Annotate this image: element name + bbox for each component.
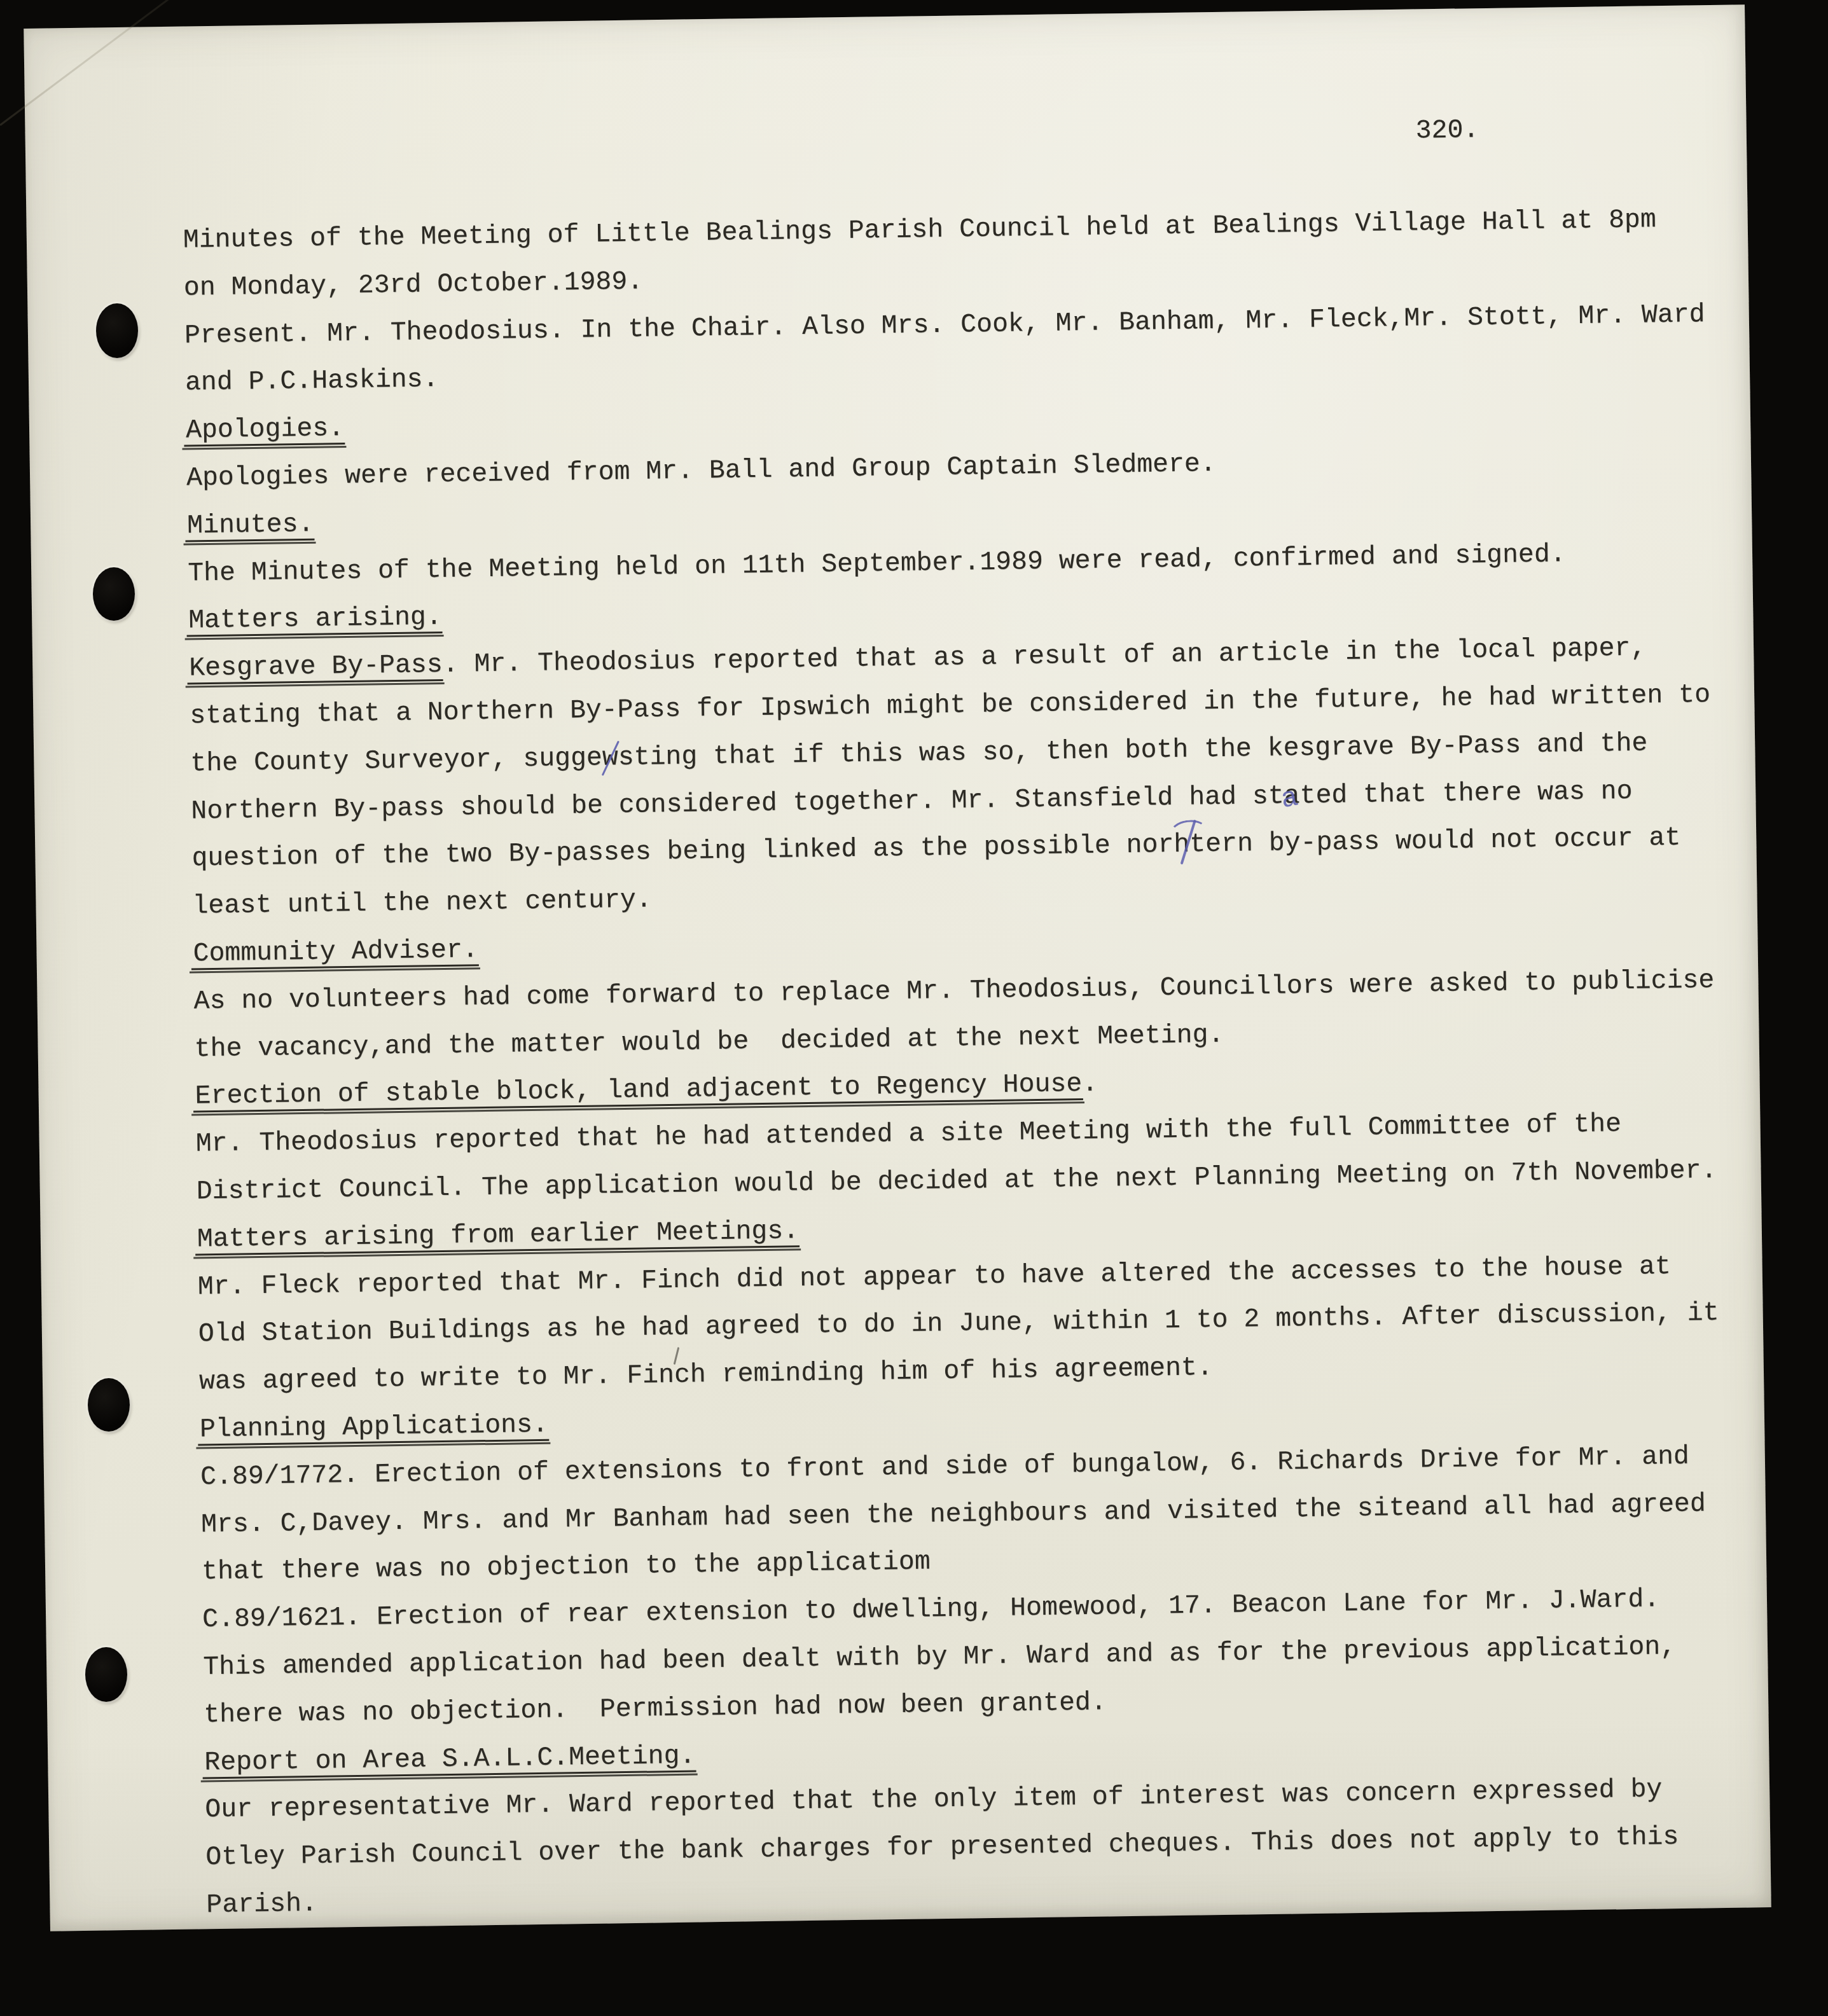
underlined-heading-text: Minutes. [187, 509, 314, 541]
paper-sheet: 320. Minutes of the Meeting of Little Be… [24, 4, 1771, 1931]
underlined-heading-text: Matters arising from earlier Meetings. [197, 1216, 800, 1254]
hole-punch-icon [93, 567, 135, 621]
page-number: 320. [1415, 115, 1479, 146]
scanned-page-background: { "page": { "page_number": "320.", "ink_… [0, 0, 1828, 2016]
pen-correction-slash: w [602, 743, 619, 773]
hole-punch-icon [85, 1647, 127, 1702]
underlined-heading-text: Report on Area S.A.L.C.Meeting. [204, 1741, 696, 1778]
pen-correction-swap: ht [1174, 830, 1205, 860]
underlined-heading-text: Community Adviser. [193, 935, 478, 969]
underlined-heading-text: Planning Applications. [200, 1410, 548, 1445]
underlined-heading-text: Matters arising. [188, 602, 442, 636]
hole-punch-icon [96, 303, 138, 358]
underlined-heading-text: Erection of stable block, land adjacent … [195, 1069, 1082, 1111]
paper-crease [0, 0, 368, 126]
hole-punch-icon [88, 1378, 130, 1432]
pen-correction-overwrite: a [1284, 781, 1300, 811]
underlined-heading-text: Apologies. [186, 413, 345, 445]
document-body: Minutes of the Meeting of Little Bealing… [183, 196, 1758, 1930]
underlined-heading-text: Kesgrave By-Pass [189, 650, 443, 684]
